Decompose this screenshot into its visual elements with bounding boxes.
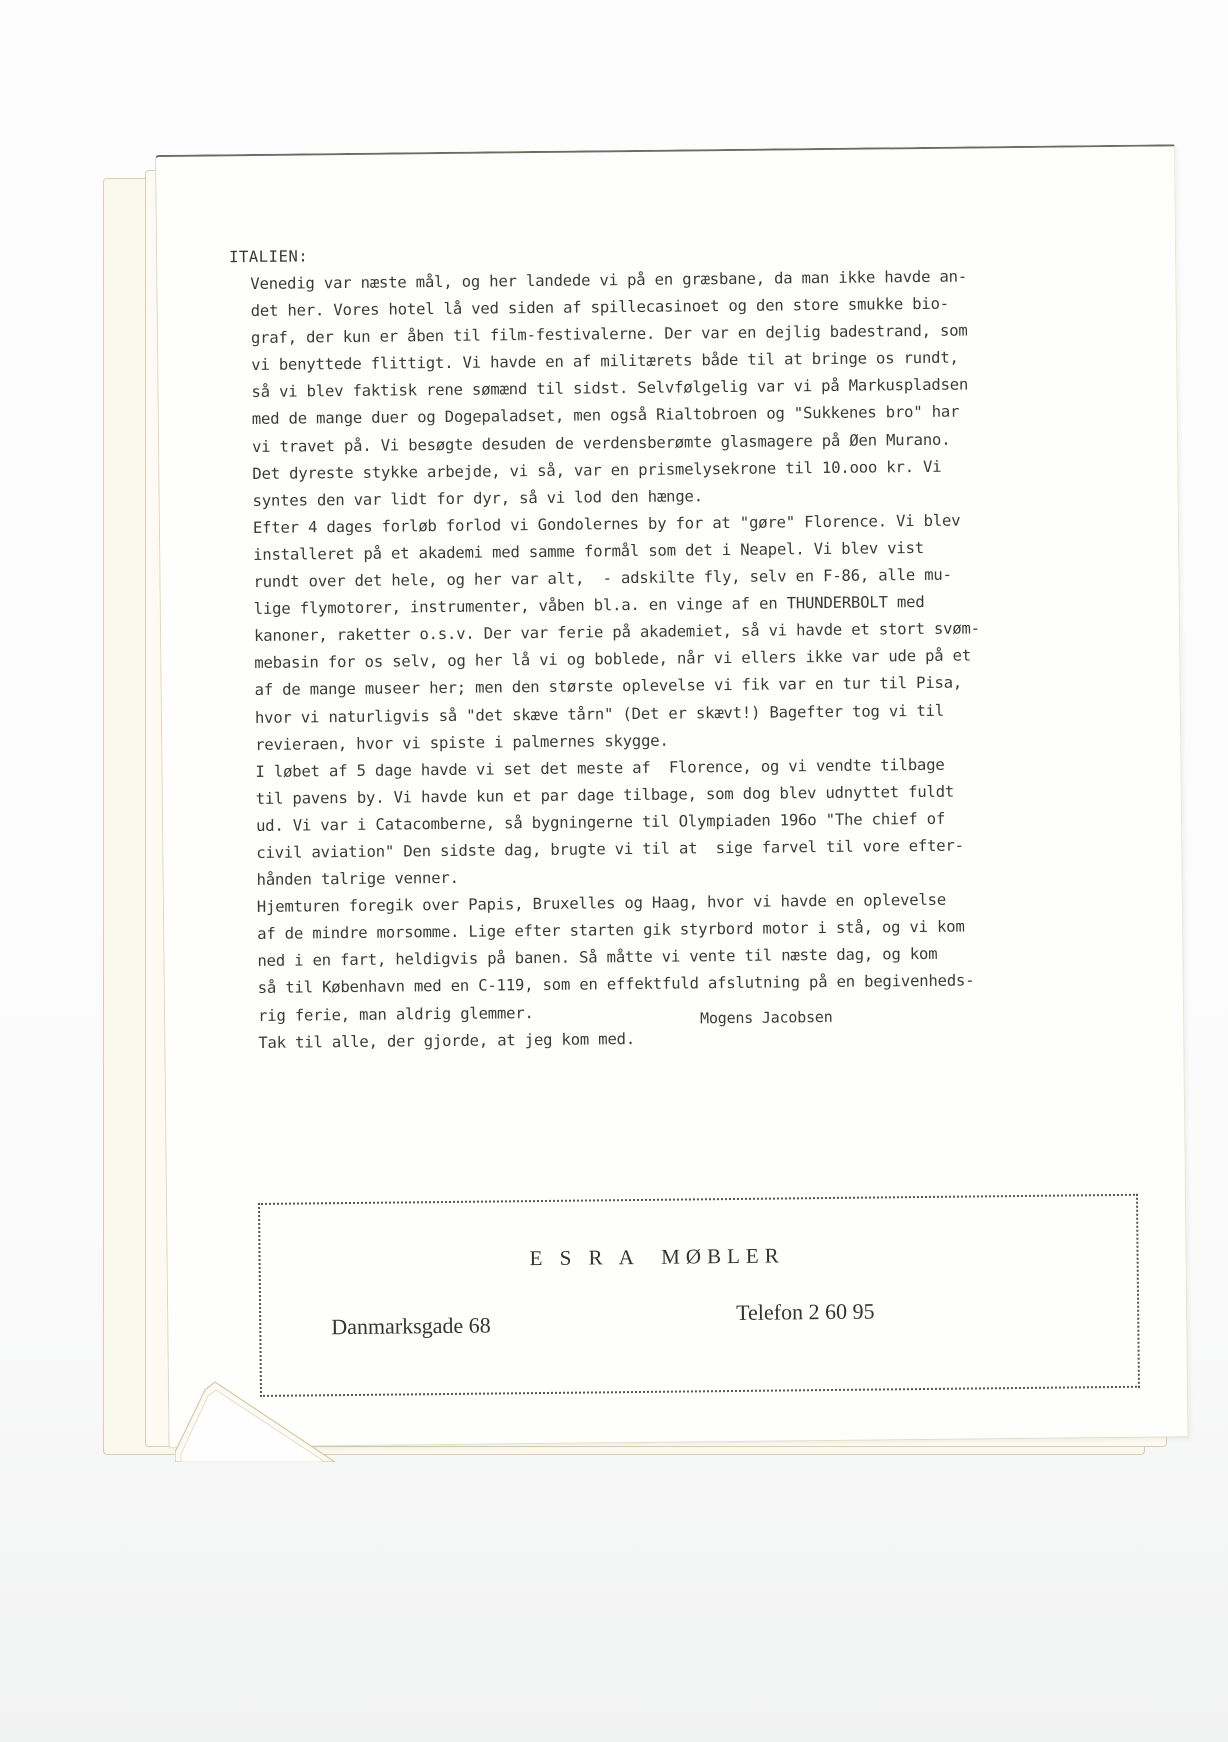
section-title: ITALIEN: [229, 247, 308, 266]
folded-corner-icon [175, 1362, 355, 1462]
advertiser-name: E S R A MØBLER [529, 1243, 784, 1271]
advertiser-address: Danmarksgade 68 [331, 1313, 491, 1341]
body-text: Venedig var næste mål, og her landede vi… [250, 263, 984, 1056]
advertiser-phone: Telefon 2 60 95 [736, 1299, 875, 1326]
author-signature: Mogens Jacobsen [700, 1008, 833, 1027]
document-page: ITALIEN: Venedig var næste mål, og her l… [155, 144, 1188, 1448]
advertisement-box: E S R A MØBLER Danmarksgade 68 Telefon 2… [258, 1194, 1140, 1397]
